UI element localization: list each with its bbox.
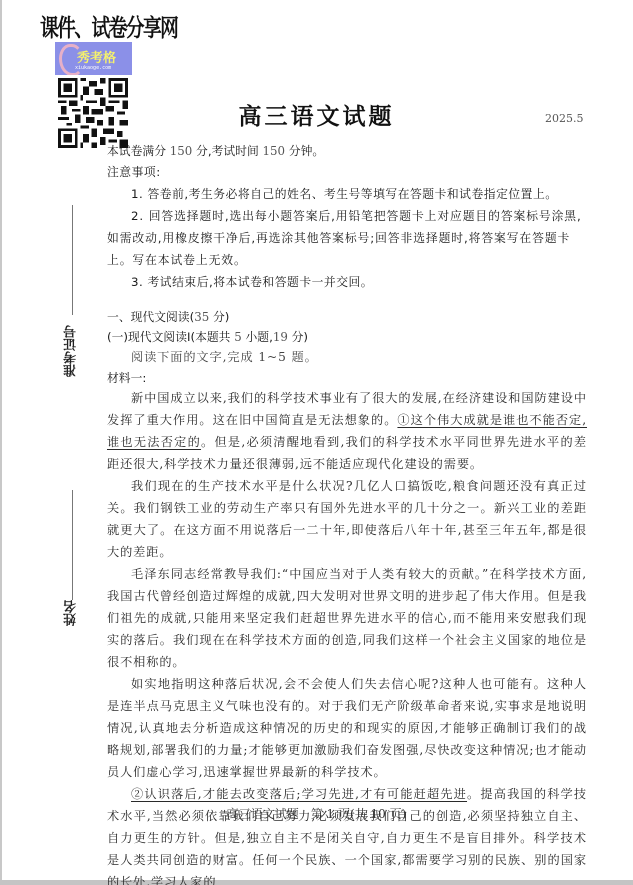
- subsection-score: 19: [273, 330, 288, 344]
- exam-info-text: 分,考试时间: [192, 144, 262, 158]
- exam-info-text: 分钟。: [285, 144, 324, 158]
- section-heading: 一、现代文阅读(35 分): [107, 306, 587, 328]
- name-label: 姓名: [62, 600, 81, 626]
- logo-url: xiukaoge.com: [75, 65, 111, 71]
- site-logo: 秀考格 xiukaoge.com: [55, 42, 132, 75]
- exam-date: 2025.5: [545, 112, 584, 125]
- exam-duration: 150: [263, 144, 286, 158]
- exam-info: 本试卷满分 150 分,考试时间 150 分钟。: [107, 140, 587, 162]
- passage-paragraph: 我们现在的生产技术水平是什么状况?几亿人口搞饭吃,粮食问题还没有真正过关。我们钢…: [107, 475, 587, 563]
- section-heading-text: 一、现代文阅读(: [107, 310, 194, 324]
- admission-number-underline: [72, 205, 73, 315]
- notice-item: 1. 答卷前,考生务必将自己的姓名、考生号等填写在答题卡和试卷指定位置上。: [107, 183, 587, 205]
- section-score: 35: [194, 310, 209, 324]
- notice-item: 3. 考试结束后,将本试卷和答题卡一并交回。: [107, 271, 587, 293]
- viewer-left-border: [0, 0, 2, 885]
- notices: 注意事项: 1. 答卷前,考生务必将自己的姓名、考生号等填写在答题卡和试卷指定位…: [107, 161, 587, 293]
- watermark-site-title: 课件、试卷分享网: [40, 8, 177, 43]
- subsection-text: (一)现代文阅读Ⅰ(本题共: [107, 330, 234, 344]
- passage-paragraph: 如实地指明这种落后状况,会不会使人们失去信心呢?这种人也可能有。这种人是连半点马…: [107, 673, 587, 783]
- exam-title: 高三语文试题: [0, 98, 633, 131]
- notice-item: 2. 回答选择题时,选出每小题答案后,用铅笔把答题卡上对应题目的答案标号涂黑,如…: [107, 205, 587, 271]
- passage-paragraph: ②认识落后,才能去改变落后;学习先进,才有可能赶超先进。提高我国的科学技术水平,…: [107, 783, 587, 885]
- admission-number-label: 准考证号: [62, 325, 81, 377]
- paragraph-text: 。提高我国的科学技术水平,当然必须依靠我们自己努力,必须发展我们自己的创造,必须…: [107, 787, 587, 885]
- total-score: 150: [170, 144, 193, 158]
- section-heading-text: 分): [209, 310, 229, 324]
- material-label: 材料一:: [107, 367, 587, 389]
- question-count: 5: [234, 330, 242, 344]
- exam-info-text: 本试卷满分: [107, 144, 170, 158]
- passage-paragraph: 毛泽东同志经常教导我们:“中国应当对于人类有较大的贡献。”在科学技术方面,我国古…: [107, 563, 587, 673]
- subsection-text: 分): [288, 330, 308, 344]
- logo-text: 秀考格: [77, 47, 116, 66]
- subsection-heading: (一)现代文阅读Ⅰ(本题共 5 小题,19 分): [107, 326, 587, 348]
- name-underline: [72, 490, 73, 600]
- passage-paragraph: 新中国成立以来,我们的科学技术事业有了很大的发展,在经济建设和国防建设中发挥了重…: [107, 387, 587, 475]
- notices-heading: 注意事项:: [107, 161, 587, 183]
- page-footer: 高三语文试题 第 1 页(共 10 页): [0, 805, 633, 822]
- subsection-text: 小题,: [242, 330, 273, 344]
- underlined-sentence-2: ②认识落后,才能去改变落后;学习先进,才有可能赶超先进: [131, 787, 467, 801]
- reading-instruction: 阅读下面的文字,完成 1~5 题。: [107, 346, 587, 368]
